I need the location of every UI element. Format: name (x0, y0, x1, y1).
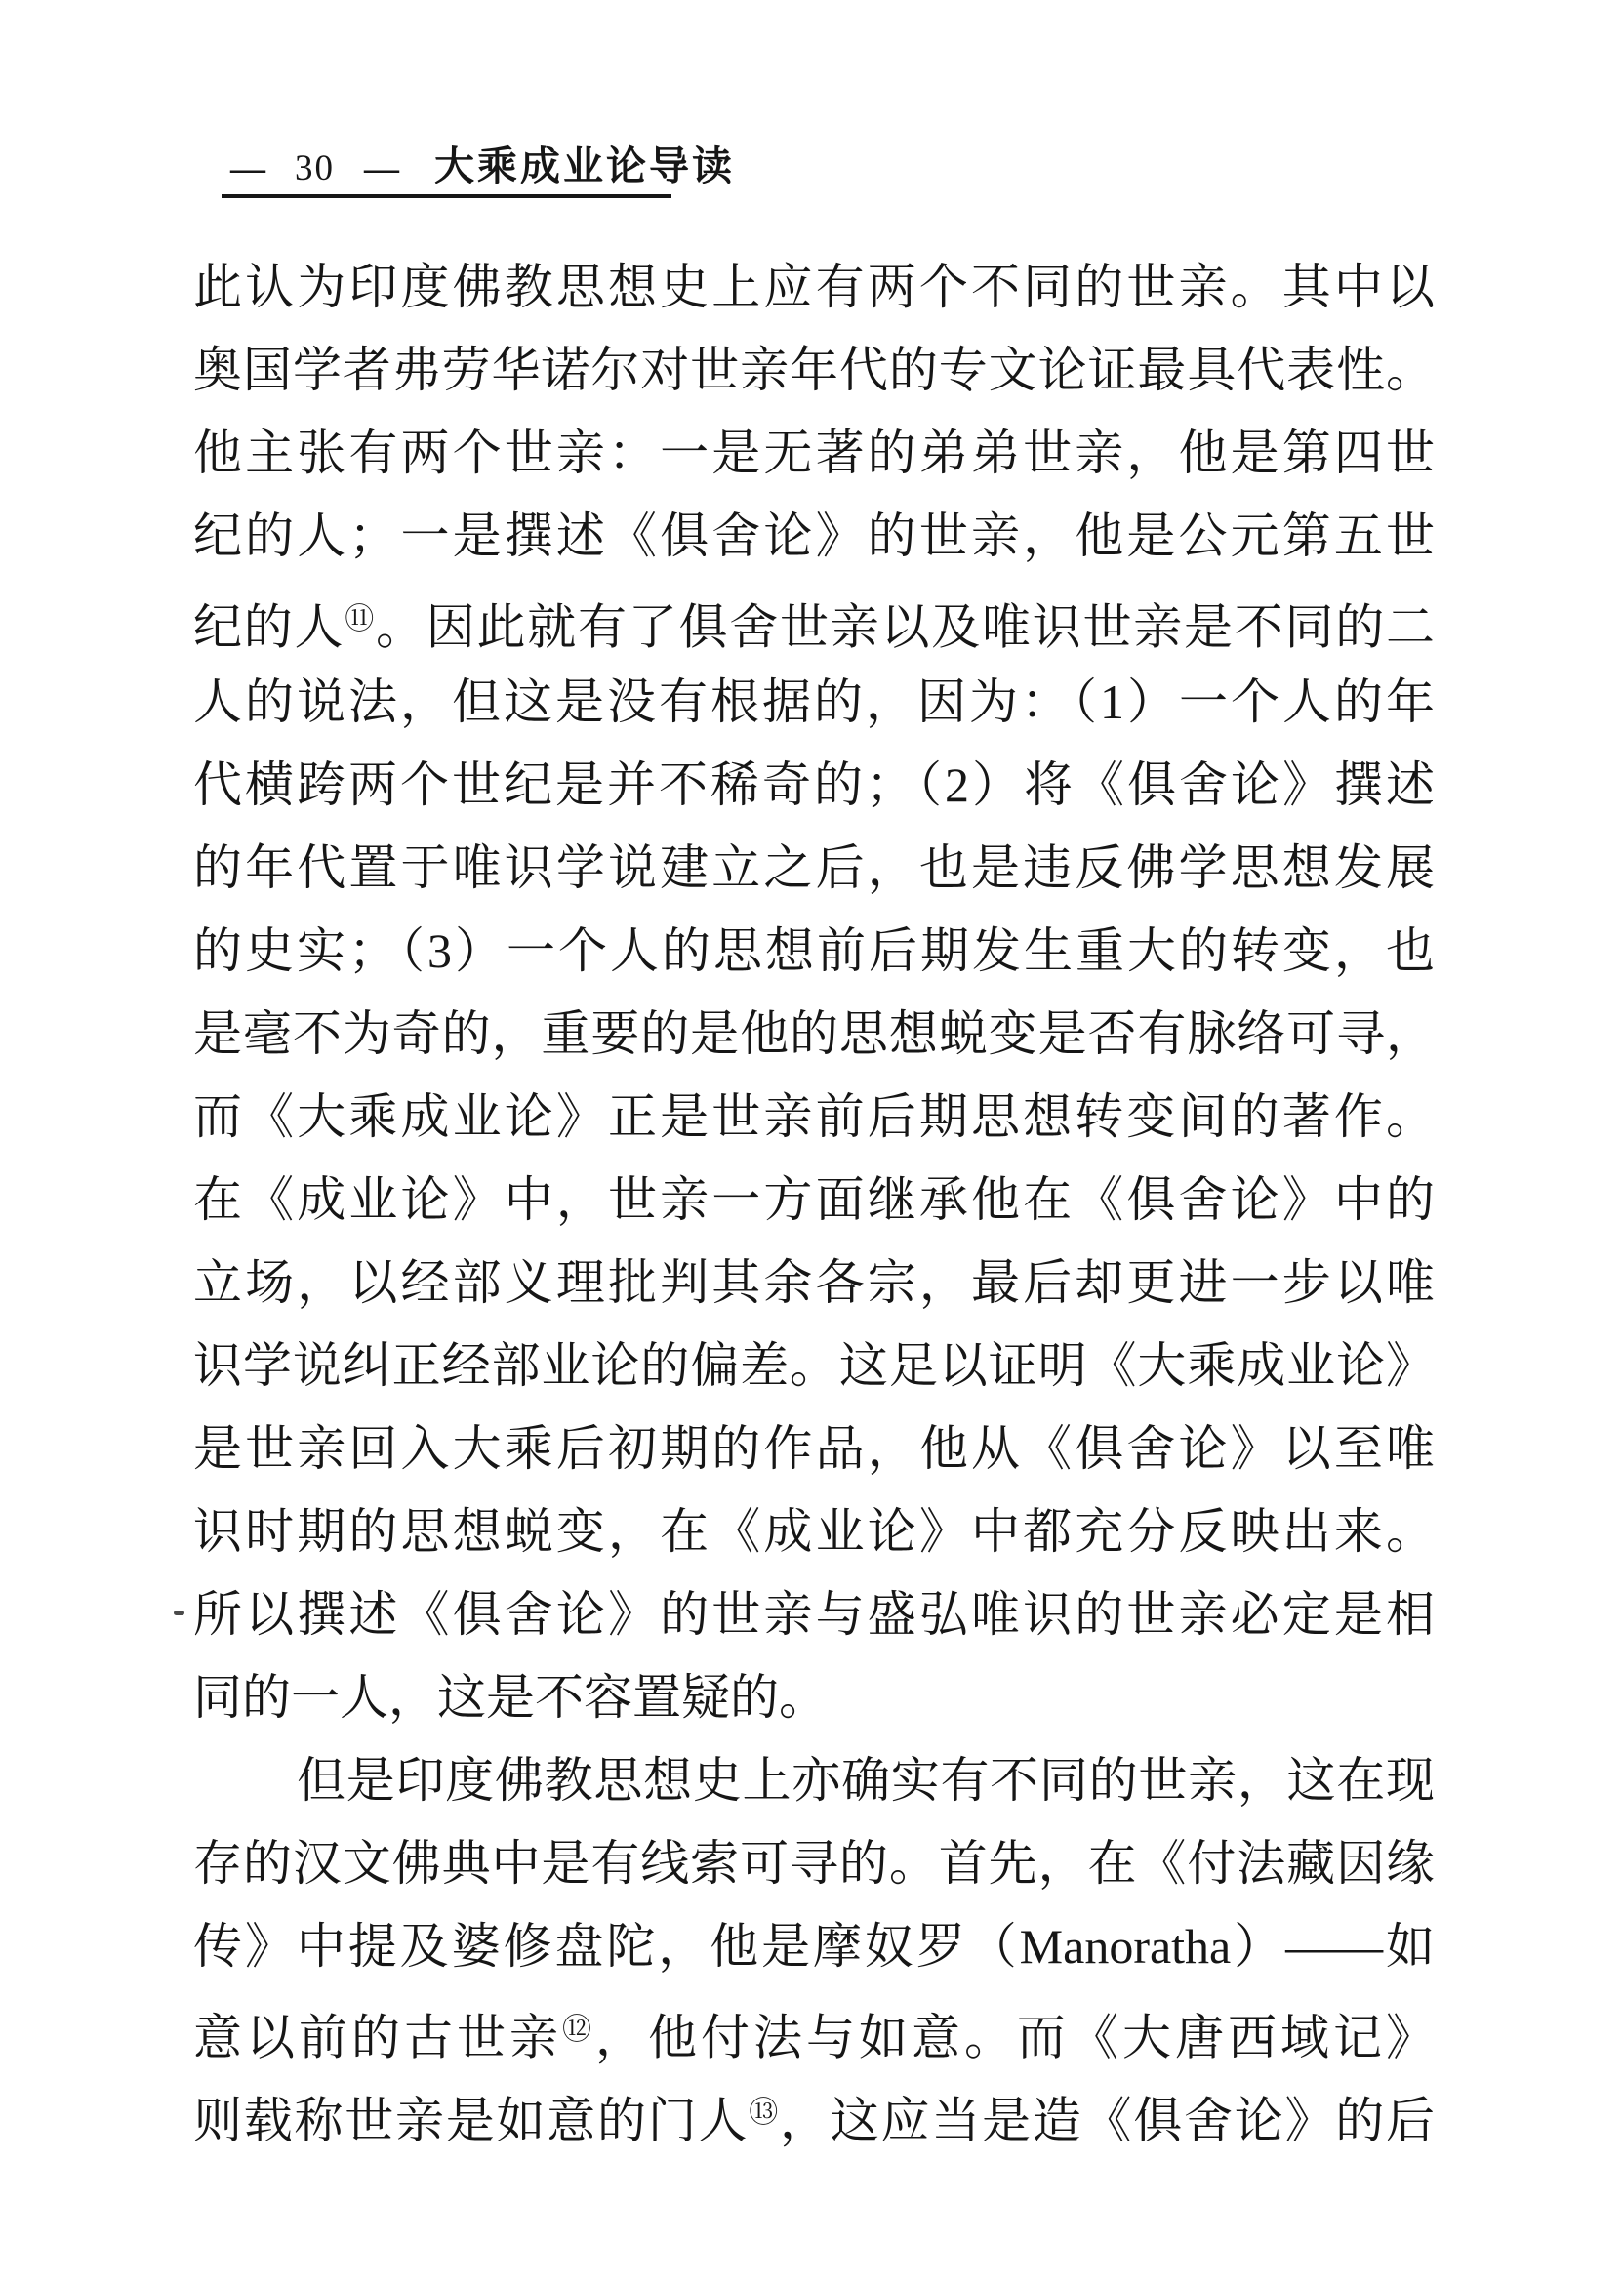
body-line: 的年代置于唯识学说建立之后，也是违反佛学思想发展 (193, 827, 1435, 910)
body-line: 是毫不为奇的，重要的是他的思想蜕变是否有脉络可寻， (193, 993, 1435, 1076)
body-line: 奥国学者弗劳华诺尔对世亲年代的专文论证最具代表性。 (193, 329, 1435, 412)
body-line: 识学说纠正经部业论的偏差。这足以证明《大乘成业论》 (193, 1325, 1435, 1407)
header-dash-left: — (230, 150, 265, 185)
body-line: 人的说法，但这是没有根据的，因为：（1）一个人的年 (193, 661, 1435, 744)
body-line: 此认为印度佛教思想史上应有两个不同的世亲。其中以 (193, 246, 1435, 329)
footnote-ref: ⑬ (749, 2097, 780, 2129)
body-line: 是世亲回入大乘后初期的作品，他从《俱舍论》以至唯 (193, 1407, 1435, 1490)
body-line: 纪的人；一是撰述《俱舍论》的世亲，他是公元第五世 (193, 495, 1435, 578)
page-number: 30 (295, 150, 335, 186)
body-line: 所以撰述《俱舍论》的世亲与盛弘唯识的世亲必定是相 (193, 1573, 1435, 1656)
footnote-ref: ⑫ (562, 2014, 595, 2046)
body-line: 在《成业论》中，世亲一方面继承他在《俱舍论》中的 (193, 1159, 1435, 1242)
page-header: — 30 — 大乘成业论导读 (230, 146, 735, 186)
body-line: 则载称世亲是如意的门人⑬，这应当是造《俱舍论》的后 (193, 2071, 1435, 2154)
body-line: 代横跨两个世纪是并不稀奇的；（2）将《俱舍论》撰述 (193, 744, 1435, 827)
body-text: 此认为印度佛教思想史上应有两个不同的世亲。其中以奥国学者弗劳华诺尔对世亲年代的专… (193, 246, 1435, 2154)
body-line: 立场，以经部义理批判其余各宗，最后却更进一步以唯 (193, 1242, 1435, 1325)
body-line: 意以前的古世亲⑫，他付法与如意。而《大唐西域记》中， (193, 1988, 1435, 2071)
body-line: 传》中提及婆修盘陀，他是摩奴罗（Manoratha）——如 (193, 1905, 1435, 1988)
footnote-ref: ⑪ (345, 603, 376, 635)
page: — 30 — 大乘成业论导读 此认为印度佛教思想史上应有两个不同的世亲。其中以奥… (0, 0, 1624, 2284)
body-line: 而《大乘成业论》正是世亲前后期思想转变间的著作。 (193, 1076, 1435, 1159)
body-line: 同的一人，这是不容置疑的。 (193, 1656, 1435, 1739)
body-line: 存的汉文佛典中是有线索可寻的。首先，在《付法藏因缘 (193, 1822, 1435, 1905)
body-line: 但是印度佛教思想史上亦确实有不同的世亲，这在现 (193, 1739, 1435, 1822)
body-line: 纪的人⑪。因此就有了俱舍世亲以及唯识世亲是不同的二 (193, 578, 1435, 661)
header-rule (222, 194, 671, 198)
book-title: 大乘成业论导读 (434, 146, 735, 186)
body-line: 的史实；（3）一个人的思想前后期发生重大的转变，也 (193, 910, 1435, 993)
body-line: 他主张有两个世亲：一是无著的弟弟世亲，他是第四世 (193, 412, 1435, 495)
body-line: 识时期的思想蜕变，在《成业论》中都充分反映出来。 (193, 1490, 1435, 1573)
scan-artifact-dot (174, 1611, 184, 1615)
header-dash-right: — (364, 150, 399, 185)
